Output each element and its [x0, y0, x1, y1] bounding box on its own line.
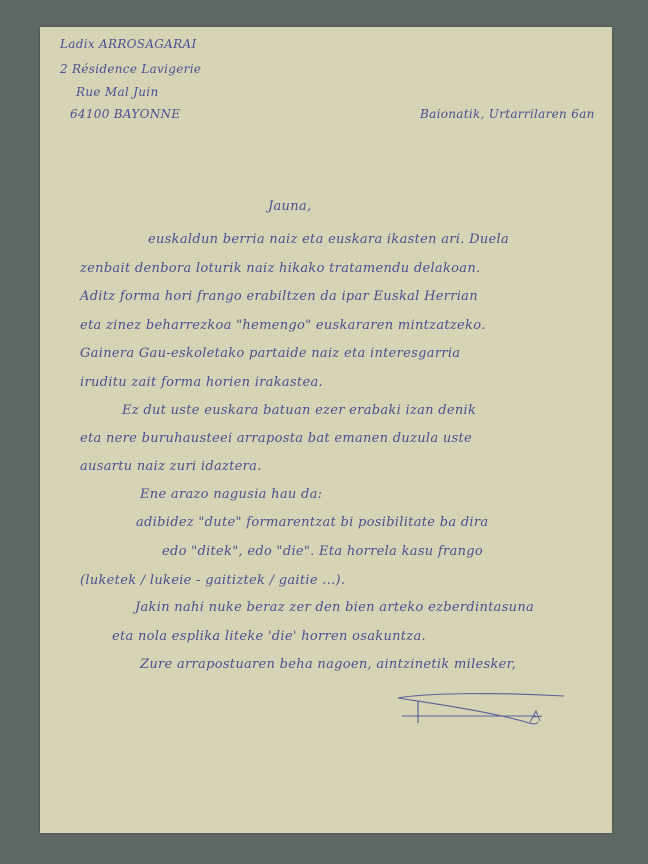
body-line: adibidez "dute" formarentzat bi posibili…: [136, 515, 488, 530]
body-line: iruditu zait forma horien irakastea.: [80, 375, 323, 390]
letter-paper: Ladix ARROSAGARAI 2 Résidence Lavigerie …: [40, 27, 612, 833]
body-line: euskaldun berria naiz eta euskara ikaste…: [148, 232, 509, 247]
sender-address-line3: 64100 BAYONNE: [70, 107, 180, 121]
body-line: eta nola esplika liteke 'die' horren osa…: [112, 629, 426, 644]
body-line: ausartu naiz zuri idaztera.: [80, 459, 262, 474]
sender-address-line2: Rue Mal Juin: [76, 85, 158, 99]
body-line: Jakin nahi nuke beraz zer den bien artek…: [135, 600, 534, 615]
place-date: Baionatik, Urtarrilaren 6an: [420, 107, 595, 121]
body-line: (luketek / lukeie - gaitiztek / gaitie .…: [80, 573, 345, 588]
body-line: Ez dut uste euskara batuan ezer erabaki …: [122, 403, 476, 418]
body-line: eta zinez beharrezkoa "hemengo" euskarar…: [80, 318, 486, 333]
signature-scribble: [396, 689, 571, 734]
signature-icon: [396, 689, 571, 734]
salutation: Jauna,: [268, 199, 311, 214]
body-line: Gainera Gau-eskoletako partaide naiz eta…: [80, 346, 460, 361]
sender-address-line1: 2 Résidence Lavigerie: [60, 62, 201, 76]
body-line: Ene arazo nagusia hau da:: [140, 487, 322, 502]
body-line: zenbait denbora loturik naiz hikako trat…: [80, 261, 480, 276]
body-line: eta nere buruhausteei arraposta bat eman…: [80, 431, 472, 446]
sender-name: Ladix ARROSAGARAI: [60, 37, 196, 51]
body-line: edo "ditek", edo "die". Eta horrela kasu…: [162, 544, 483, 559]
body-line: Zure arrapostuaren beha nagoen, aintzine…: [140, 657, 516, 672]
body-line: Aditz forma hori frango erabiltzen da ip…: [80, 289, 478, 304]
